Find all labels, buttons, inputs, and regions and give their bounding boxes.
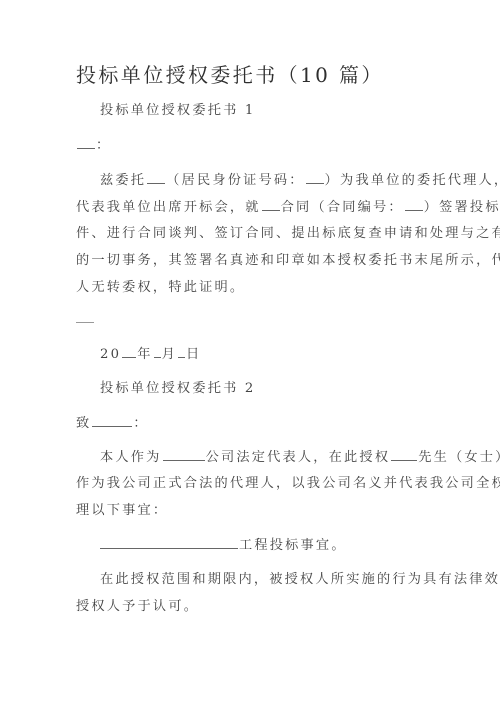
project-name-blank — [100, 537, 238, 549]
text-span: 兹委托 — [100, 173, 146, 188]
text-span: 日 — [186, 347, 201, 362]
section2-salutation: 致： — [76, 415, 149, 432]
text-span: ： — [133, 416, 148, 431]
year-blank — [122, 346, 136, 358]
section1-para-line5: 人无转委权，特此证明。 — [76, 280, 245, 296]
text-span: 公司法定代表人，在此授权 — [206, 450, 391, 465]
id-number-blank — [306, 172, 324, 184]
salutation-colon: ： — [96, 138, 111, 153]
recipient-blank — [77, 137, 95, 149]
agent-name-blank — [391, 449, 417, 461]
agent-name-blank — [147, 172, 165, 184]
section2-para2-line1: 在此授权范围和期限内，被授权人所实施的行为具有法律效力， — [100, 572, 500, 588]
text-span: 先生（女士） — [418, 450, 500, 465]
day-blank — [178, 346, 185, 358]
section1-para-line2: 代表我单位出席开标会，就合同（合同编号：）签署投标文 — [76, 199, 500, 216]
company-name-blank — [163, 449, 205, 461]
text-span: 合同（合同编号： — [281, 200, 404, 215]
section2-para2-line2: 授权人予于认可。 — [76, 599, 199, 615]
project-line: 工程投标事宜。 — [100, 537, 347, 554]
section1-heading: 投标单位授权委托书 1 — [100, 103, 255, 119]
text-span: 代表我单位出席开标会，就 — [76, 200, 261, 215]
text-span: ）签署投标文 — [424, 200, 500, 215]
section1-para-line3: 件、进行合同谈判、签订合同、提出标底复查申请和处理与之有关 — [76, 226, 500, 242]
section1-salutation: ： — [76, 137, 111, 154]
text-span: 年 — [137, 347, 152, 362]
text-span: 工程投标事宜。 — [239, 538, 347, 553]
text-span: （居民身份证号码： — [166, 173, 305, 188]
section2-para1-line2: 作为我公司正式合法的代理人，以我公司名义并代表我公司全权处 — [76, 476, 500, 492]
month-blank — [154, 346, 161, 358]
contract-number-blank — [405, 199, 423, 211]
contract-name-blank — [262, 199, 280, 211]
text-span: 月 — [162, 347, 177, 362]
document-page: 投标单位授权委托书（10 篇） 投标单位授权委托书 1 ： 兹委托（居民身份证号… — [0, 0, 500, 707]
section2-heading: 投标单位授权委托书 2 — [100, 381, 255, 397]
section2-para1-line3: 理以下事宜： — [76, 503, 168, 519]
text-span: 本人作为 — [100, 450, 162, 465]
recipient-blank — [92, 415, 132, 427]
document-title: 投标单位授权委托书（10 篇） — [76, 62, 384, 88]
signature-blank — [76, 322, 94, 323]
section1-date: 20年月日 — [100, 346, 201, 363]
section1-para-line1: 兹委托（居民身份证号码：）为我单位的委托代理人， — [100, 172, 500, 189]
text-span: 20 — [100, 347, 121, 362]
section2-para1-line1: 本人作为公司法定代表人，在此授权先生（女士） — [100, 449, 500, 466]
section1-para-line4: 的一切事务，其签署名真迹和印章如本授权委托书末尾所示，代理 — [76, 253, 500, 269]
text-span: ）为我单位的委托代理人， — [325, 173, 500, 188]
text-span: 致 — [76, 416, 91, 431]
